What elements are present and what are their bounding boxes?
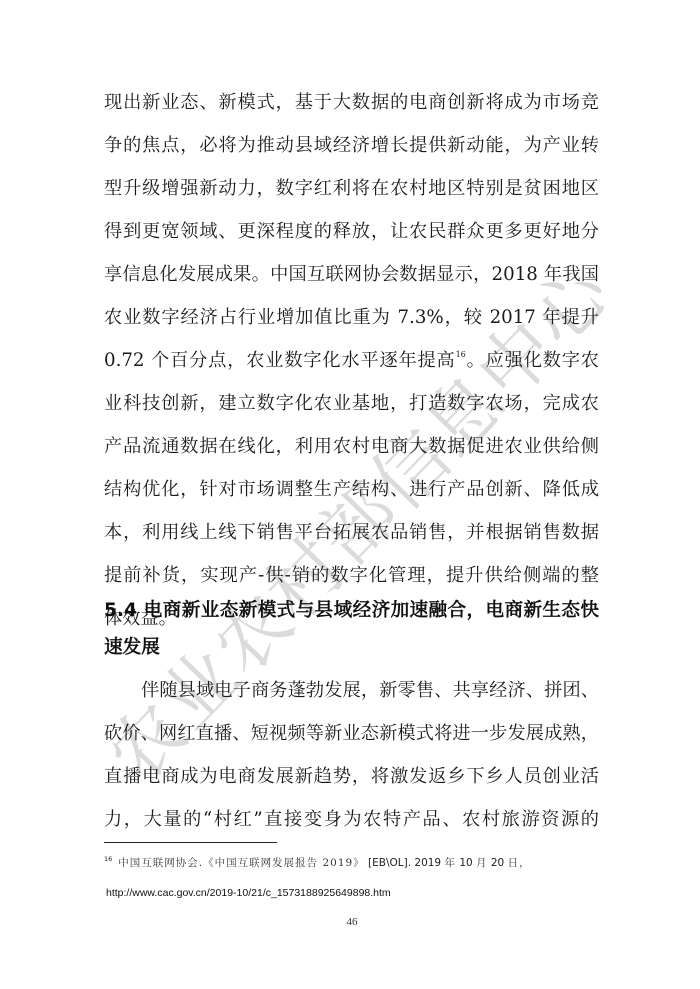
body-line: 型升级增强新动力，数字红利将在农村地区特别是贫困地区 (104, 167, 599, 210)
body-line: 砍价、网红直播、短视频等新业态新模式将进一步发展成熟， (104, 712, 599, 755)
footnote-year-label: 年 (444, 857, 456, 869)
footnote-title: 《中国互联网发展报告 2019》 (203, 857, 365, 869)
footnote-type: [EB\OL]. 2019 (368, 857, 441, 869)
body-line: 产品流通数据在线化，利用农村电商大数据促进农业供给侧 (104, 425, 599, 468)
body-line: 力，大量的“村红”直接变身为农特产品、农村旅游资源的 (104, 798, 599, 841)
section-heading: 5.4 电商新业态新模式与县域经济加速融合，电商新生态快 (104, 591, 599, 631)
body-line: 结构优化，针对市场调整生产结构、进行产品创新、降低成 (104, 468, 599, 511)
body-line: 业科技创新，建立数字化农业基地，打造数字农场，完成农 (104, 382, 599, 425)
body-line-indented: 伴随县域电子商务蓬勃发展，新零售、共享经济、拼团、 (141, 669, 599, 712)
body-line: 现出新业态、新模式，基于大数据的电商创新将成为市场竞 (104, 81, 599, 124)
footnote-day: 20 (491, 857, 504, 869)
body-line: 享信息化发展成果。中国互联网协会数据显示，2018 年我国 (104, 253, 599, 296)
footnote-number: 16 (104, 855, 112, 863)
body-text: 0.72 个百分点，农业数字化水平逐年提高 (104, 350, 456, 371)
footnote: 16中国互联网协会.《中国互联网发展报告 2019》 [EB\OL]. 2019… (104, 855, 531, 870)
footnote-day-label: 日， (508, 857, 531, 869)
footnote-reference[interactable]: 16 (456, 350, 466, 359)
page-number: 46 (340, 916, 364, 928)
body-line: 直播电商成为电商发展新趋势，将激发返乡下乡人员创业活 (104, 755, 599, 798)
page-content: 现出新业态、新模式，基于大数据的电商创新将成为市场竞 争的焦点，必将为推动县域经… (0, 0, 700, 989)
footnote-author: 中国互联网协会. (118, 857, 203, 869)
footnote-month-label: 月 (476, 857, 488, 869)
body-text: 。应强化数字农 (466, 350, 599, 371)
body-line: 得到更宽领域、更深程度的释放，让农民群众更多更好地分 (104, 210, 599, 253)
document-page: 农业农村部信息中心 现出新业态、新模式，基于大数据的电商创新将成为市场竞 争的焦… (0, 0, 700, 989)
body-line-with-footnote: 0.72 个百分点，农业数字化水平逐年提高16。应强化数字农 (104, 339, 599, 382)
body-line: 争的焦点，必将为推动县域经济增长提供新动能，为产业转 (104, 124, 599, 167)
footnote-month: 10 (459, 857, 472, 869)
body-line: 本，利用线上线下销售平台拓展农品销售，并根据销售数据 (104, 511, 599, 554)
footnote-url[interactable]: http://www.cac.gov.cn/2019-10/21/c_15731… (106, 887, 391, 899)
section-heading-continuation: 速发展 (104, 628, 599, 668)
footnote-separator (104, 842, 277, 843)
body-line: 农业数字经济占行业增加值比重为 7.3%，较 2017 年提升 (104, 296, 599, 339)
